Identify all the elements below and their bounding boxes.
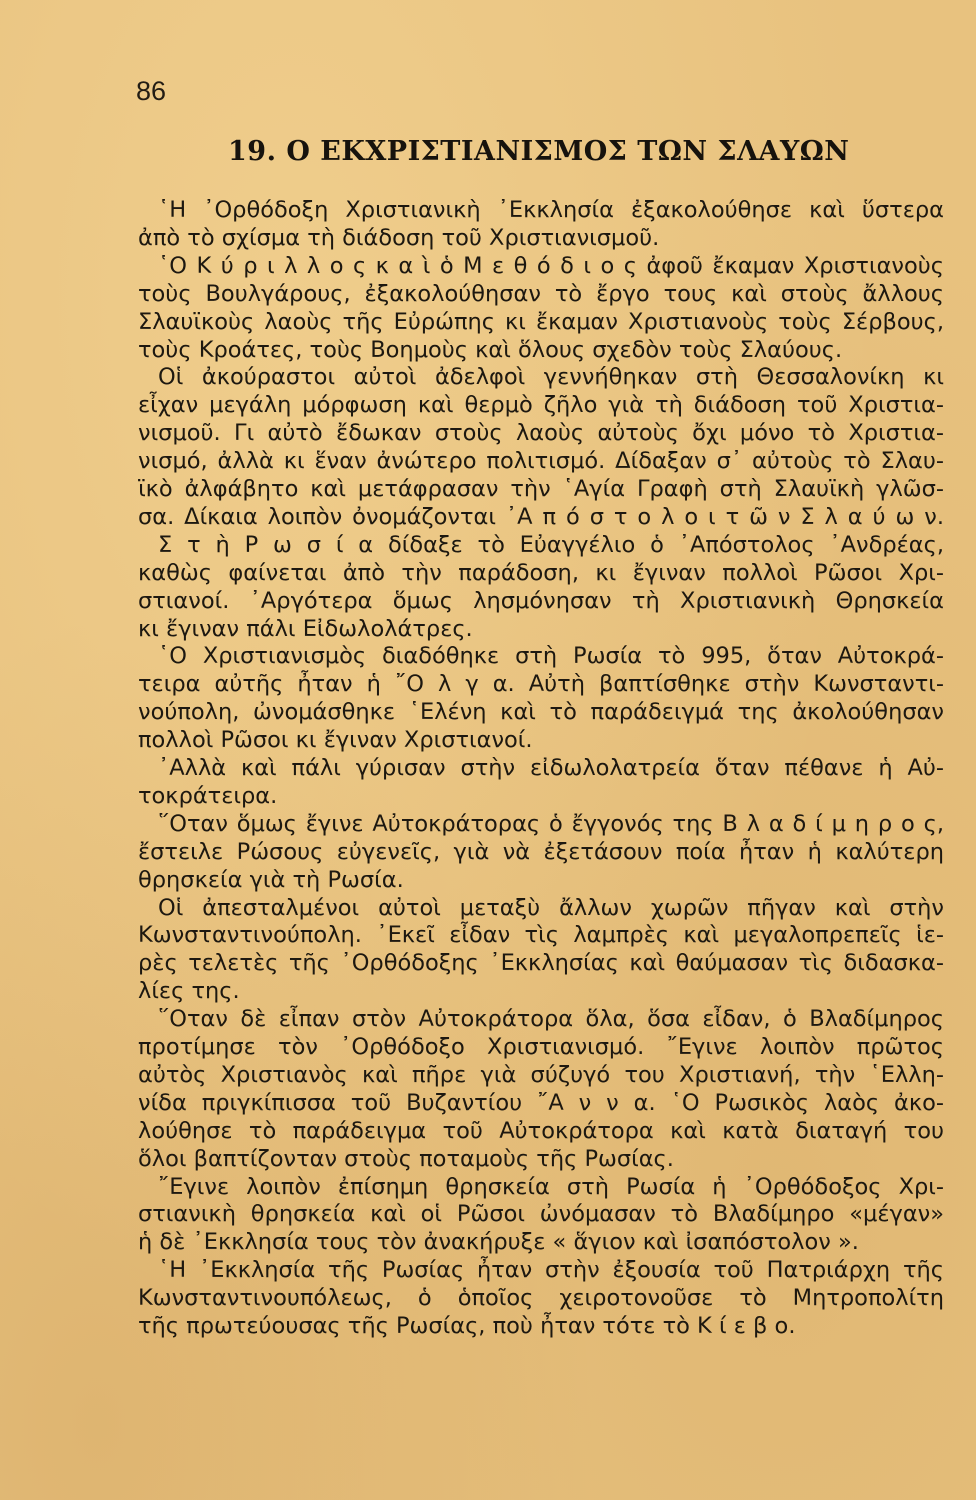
text-line: τοκράτειρα. (138, 782, 944, 810)
text-line: νισμό, ἀλλὰ κι ἕναν ἀνώτερο πολιτισμό. Δ… (138, 447, 944, 475)
text-line: κι ἔγιναν πάλι Εἰδωλολάτρες. (138, 615, 944, 643)
text-line: ῎Εγινε λοιπὸν ἐπίσημη θρησκεία στὴ Ρωσία… (158, 1173, 944, 1201)
text-line: ἔστειλε Ρώσους εὐγενεῖς, γιὰ νὰ ἐξετάσου… (138, 838, 944, 866)
text-line: νίδα πριγκίπισσα τοῦ Βυζαντίου ῎Α ν ν α.… (138, 1089, 944, 1117)
text-line: τειρα αὐτῆς ἦταν ἡ ῎Ο λ γ α. Αὐτὴ βαπτίσ… (138, 670, 944, 698)
text-line: ὅλοι βαπτίζονταν στοὺς ποταμοὺς τῆς Ρωσί… (138, 1145, 944, 1173)
text-line: ϊκὸ ἀλφάβητο καὶ μετάφρασαν τὴν ῾Αγία Γρ… (138, 475, 944, 503)
text-line: νισμοῦ. Γι αὐτὸ ἔδωκαν στοὺς λαοὺς αὐτοὺ… (138, 419, 944, 447)
text-line: ῾Η ᾿Ορθόδοξη Χριστιανικὴ ᾿Εκκλησία ἐξακο… (158, 196, 944, 224)
text-line: τοὺς Βουλγάρους, ἐξακολούθησαν τὸ ἔργο τ… (138, 280, 944, 308)
text-line: ἡ δὲ ᾿Εκκλησία τους τὸν ἀνακήρυξε « ἅγιο… (138, 1228, 944, 1256)
text-line: Κωνσταντινουπόλεως, ὁ ὁποῖος χειροτονοῦσ… (138, 1284, 944, 1312)
text-line: Οἱ ἀπεσταλμένοι αὐτοὶ μεταξὺ ἄλλων χωρῶν… (158, 894, 944, 922)
text-line: πολλοὶ Ρῶσοι κι ἔγιναν Χριστιανοί. (138, 726, 944, 754)
text-line: ῞Οταν ὅμως ἔγινε Αὐτοκράτορας ὁ ἔγγονός … (158, 810, 944, 838)
text-line: ῾Ο Κ ύ ρ ι λ λ ο ς κ α ὶ ὁ Μ ε θ ό δ ι ο… (158, 252, 944, 280)
text-line: νούπολη, ὠνομάσθηκε ῾Ελένη καὶ τὸ παράδε… (138, 698, 944, 726)
text-line: λούθησε τὸ παράδειγμα τοῦ Αὐτοκράτορα κα… (138, 1117, 944, 1145)
text-line: τῆς πρωτεύουσας τῆς Ρωσίας, ποὺ ἦταν τότ… (138, 1312, 944, 1340)
text-line: Σ τ ὴ Ρ ω σ ί α δίδαξε τὸ Εὐαγγέλιο ὁ ᾿Α… (158, 531, 944, 559)
text-line: σα. Δίκαια λοιπὸν ὀνομάζονται ᾿Α π ό σ τ… (138, 503, 944, 531)
text-line: ᾿Αλλὰ καὶ πάλι γύρισαν στὴν εἰδωλολατρεί… (158, 754, 944, 782)
text-line: λίες της. (138, 977, 944, 1005)
text-line: ῞Οταν δὲ εἶπαν στὸν Αὐτοκράτορα ὅλα, ὅσα… (158, 1005, 944, 1033)
text-line: θρησκεία γιὰ τὴ Ρωσία. (138, 866, 944, 894)
text-line: ἀπὸ τὸ σχίσμα τὴ διάδοση τοῦ Χριστιανισμ… (138, 224, 944, 252)
text-line: στιανικὴ θρησκεία καὶ οἱ Ρῶσοι ὠνόμασαν … (138, 1200, 944, 1228)
body-text: ῾Η ᾿Ορθόδοξη Χριστιανικὴ ᾿Εκκλησία ἐξακο… (0, 0, 976, 1500)
text-line: ρὲς τελετὲς τῆς ᾿Ορθόδοξης ᾿Εκκλησίας κα… (138, 949, 944, 977)
text-line: ῾Ο Χριστιανισμὸς διαδόθηκε στὴ Ρωσία τὸ … (158, 642, 944, 670)
text-line: καθὼς φαίνεται ἀπὸ τὴν παράδοση, κι ἔγιν… (138, 559, 944, 587)
text-line: τοὺς Κροάτες, τοὺς Βοημοὺς καὶ ὅλους σχε… (138, 336, 944, 364)
text-line: ῾Η ᾿Εκκλησία τῆς Ρωσίας ἦταν στὴν ἐξουσί… (158, 1256, 944, 1284)
text-line: Σλαυϊκοὺς λαοὺς τῆς Εὐρώπης κι ἔκαμαν Χρ… (138, 308, 944, 336)
text-line: Κωνσταντινούπολη. ᾿Εκεῖ εἶδαν τὶς λαμπρὲ… (138, 921, 944, 949)
text-line: προτίμησε τὸν ᾿Ορθόδοξο Χριστιανισμό. ῎Ε… (138, 1033, 944, 1061)
book-page: 86 19. Ο ΕΚΧΡΙΣΤΙΑΝΙΣΜΟΣ ΤΩΝ ΣΛΑΥΩΝ ῾Η ᾿… (0, 0, 976, 1500)
text-line: Οἱ ἀκούραστοι αὐτοὶ ἀδελφοὶ γεννήθηκαν σ… (158, 363, 944, 391)
text-line: στιανοί. ᾿Αργότερα ὅμως λησμόνησαν τὴ Χρ… (138, 587, 944, 615)
text-line: εἶχαν μεγάλη μόρφωση καὶ θερμὸ ζῆλο γιὰ … (138, 391, 944, 419)
text-line: αὐτὸς Χριστιανὸς καὶ πῆρε γιὰ σύζυγό του… (138, 1061, 944, 1089)
